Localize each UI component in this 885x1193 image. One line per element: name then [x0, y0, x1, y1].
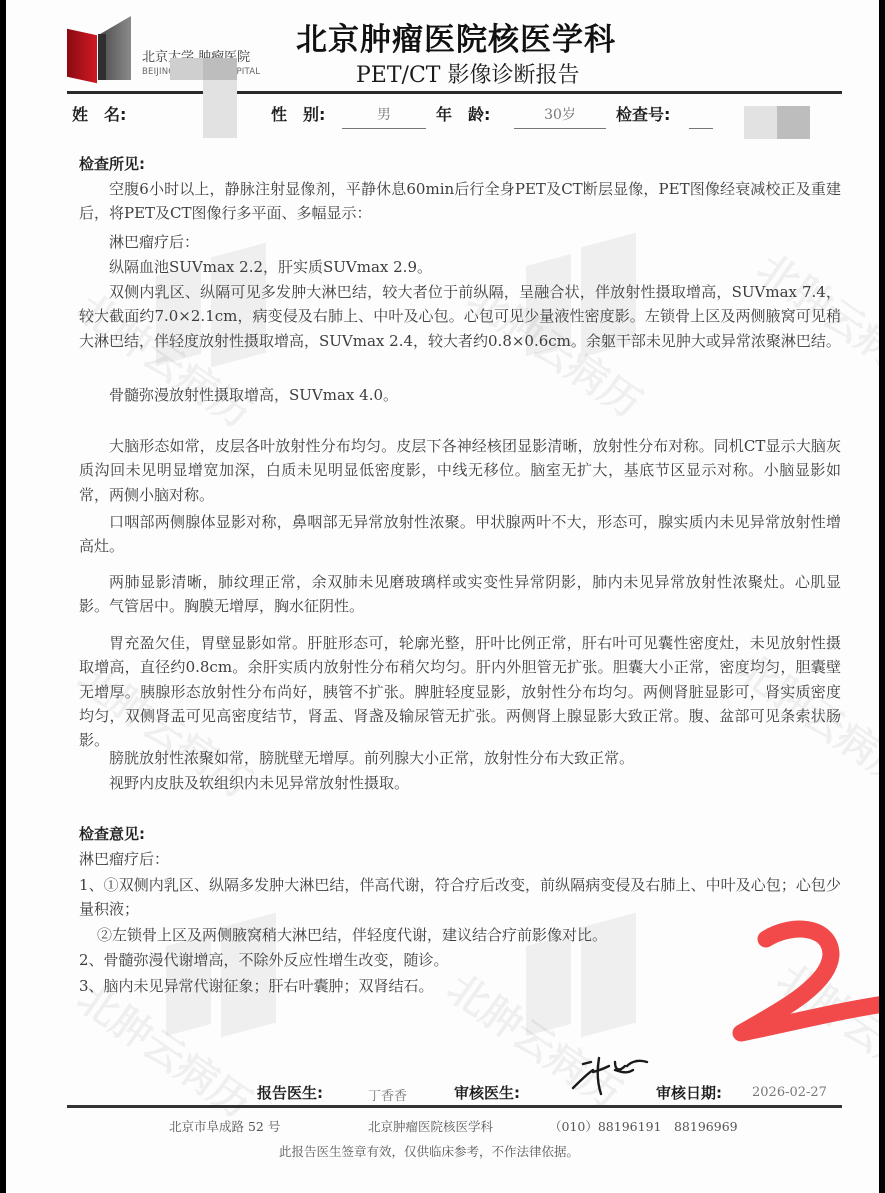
- age-value: 30岁: [514, 104, 606, 124]
- age-label: 年 龄:: [436, 102, 490, 126]
- findings-paragraph: 视野内皮肤及软组织内未见异常放射性摄取。: [79, 771, 841, 795]
- exam-number-underline: [689, 128, 713, 129]
- impression-intro: 淋巴瘤疗后：: [79, 847, 841, 871]
- report-title: 北京肿瘤医院核医学科: [296, 14, 616, 59]
- findings-paragraph: 大脑形态如常，皮层各叶放射性分布均匀。皮层下各神经核团显影清晰，放射性分布对称。…: [79, 434, 841, 507]
- logo-red-shape-icon: [67, 29, 97, 83]
- reviewer-label: 审核医生:: [454, 1082, 520, 1103]
- review-date-value: 2026-02-27: [752, 1085, 827, 1100]
- report-doctor-name: 丁香香: [368, 1085, 407, 1104]
- redaction-block: [744, 106, 777, 139]
- name-label: 姓 名:: [72, 102, 126, 126]
- handwritten-2-annotation: [721, 915, 879, 1050]
- report-subtitle: PET/CT 影像诊断报告: [356, 58, 579, 89]
- redaction-block: [777, 106, 810, 139]
- exam-number-label: 检查号:: [616, 102, 670, 126]
- redaction-block: [203, 80, 237, 138]
- findings-paragraph: 骨髓弥漫放射性摄取增高，SUVmax 4.0。: [79, 383, 841, 407]
- sex-label: 性 别:: [271, 102, 325, 126]
- findings-paragraph: 空腹6小时以上，静脉注射显像剂，平静休息60min后行全身PET及CT断层显像，…: [79, 177, 841, 226]
- footer-phone: （010）88196191 88196969: [549, 1117, 738, 1135]
- report-doctor-label: 报告医生:: [257, 1082, 323, 1103]
- findings-paragraph: 两肺显影清晰，肺纹理正常，余双肺未见磨玻璃样或实变性异常阴影，肺内未见异常放射性…: [79, 570, 841, 619]
- findings-paragraph: 淋巴瘤疗后：: [79, 230, 841, 254]
- footer-department: 北京肿瘤医院核医学科: [368, 1117, 493, 1135]
- report-page: 北肿云病历 北肿云病历 北肿云病历 北肿云病历 北肿云病历 北肿云病历 北肿云病…: [6, 0, 879, 1193]
- findings-heading: 检查所见:: [79, 153, 145, 174]
- findings-paragraph: 双侧内乳区、纵隔可见多发肿大淋巴结，较大者位于前纵隔，呈融合状，伴放射性摄取增高…: [79, 280, 841, 353]
- findings-paragraph: 膀胱放射性浓聚如常，膀胱壁无增厚。前列腺大小正常，放射性分布大致正常。: [79, 746, 841, 770]
- reviewer-signature-icon: [571, 1050, 651, 1100]
- header-divider: [67, 91, 842, 94]
- redaction-block: [203, 58, 237, 80]
- sex-underline: [342, 128, 426, 129]
- footer-disclaimer: 此报告医生签章有效，仅供临床参考，不作法律依据。: [279, 1142, 579, 1160]
- logo-shade: [98, 34, 106, 80]
- findings-paragraph: 纵隔血池SUVmax 2.2，肝实质SUVmax 2.9。: [79, 255, 841, 279]
- impression-heading: 检查意见:: [79, 823, 145, 844]
- footer-divider: [67, 1105, 842, 1108]
- age-underline: [514, 128, 606, 129]
- findings-paragraph: 口咽部两侧腺体显影对称，鼻咽部无异常放射性浓聚。甲状腺两叶不大，形态可，腺实质内…: [79, 510, 841, 559]
- footer-address: 北京市阜成路 52 号: [169, 1117, 280, 1135]
- review-date-label: 审核日期:: [656, 1082, 722, 1103]
- findings-paragraph: 胃充盈欠佳，胃壁显影如常。肝脏形态可，轮廓光整，肝叶比例正常，肝右叶可见囊性密度…: [79, 631, 841, 752]
- sex-value: 男: [342, 104, 426, 124]
